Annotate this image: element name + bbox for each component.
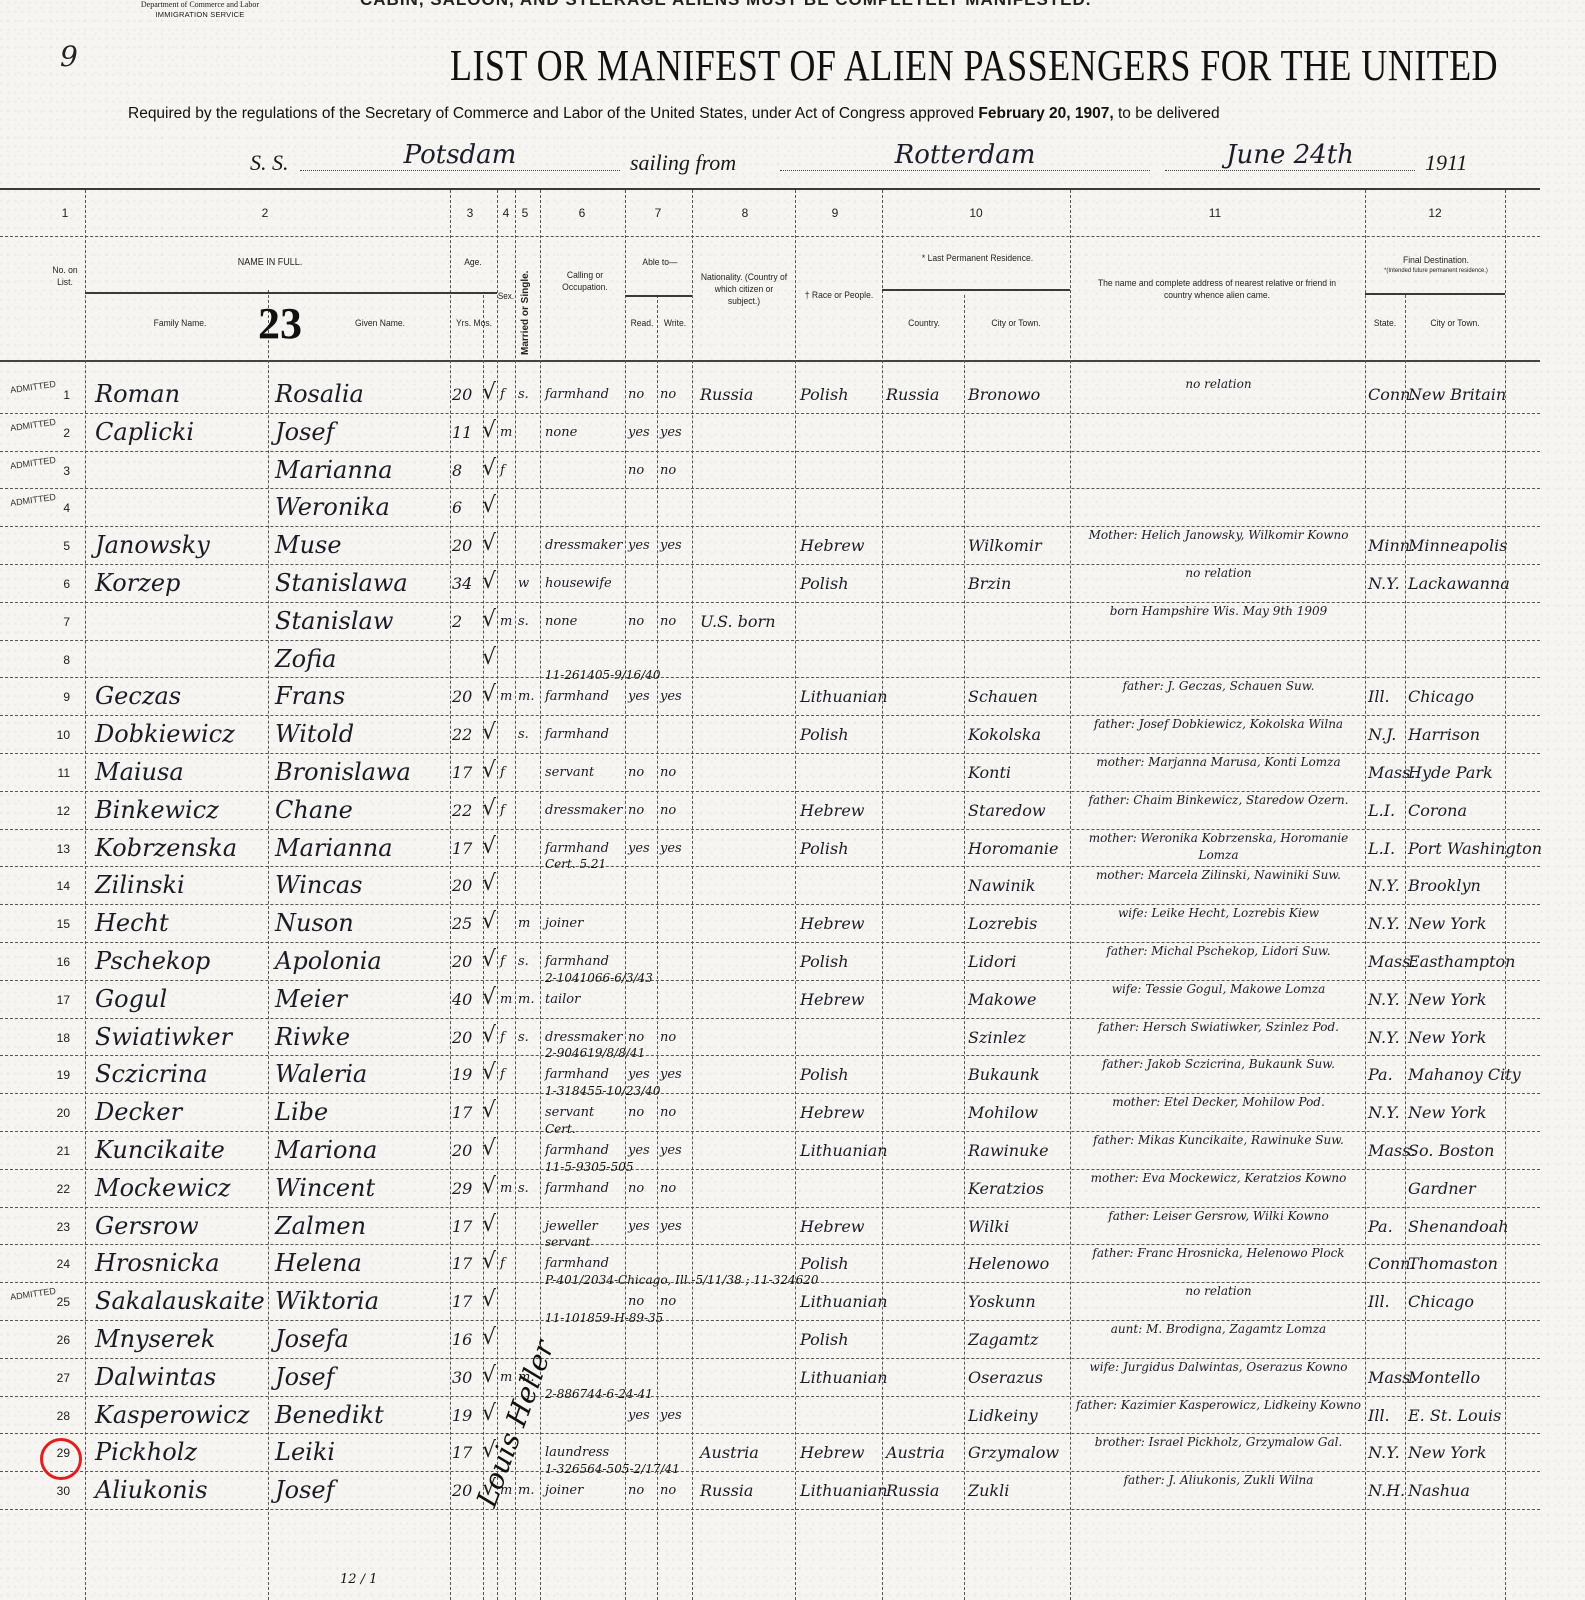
check-mark-icon: √	[482, 834, 496, 859]
can-read: yes	[628, 689, 650, 704]
header-given-name: Given Name.	[335, 318, 425, 330]
list-number: 13	[48, 842, 70, 856]
destination-city: Chicago	[1408, 1292, 1474, 1311]
nearest-relative: no relation	[1076, 376, 1361, 393]
clerk-annotation: P-401/2034-Chicago, Ill.-5/11/38 ; 11-32…	[545, 1273, 819, 1287]
header-yrs-mos: Yrs. Mos.	[453, 318, 494, 330]
nearest-relative: mother: Weronika Kobrzenska, Horomanie L…	[1076, 830, 1361, 864]
destination-city: Harrison	[1408, 725, 1480, 744]
clerk-annotation: 2-886744-6-24-41	[545, 1387, 653, 1401]
clerk-annotation: Cert. 5.21	[545, 857, 606, 871]
race: Hebrew	[800, 1443, 864, 1462]
column-number: 1	[55, 206, 75, 220]
check-mark-icon: √	[482, 758, 496, 783]
check-mark-icon: √	[482, 380, 496, 405]
sailing-year: 1911	[1425, 150, 1467, 176]
check-mark-icon: √	[482, 682, 496, 707]
header-final-destination: Final Destination.	[1375, 255, 1497, 267]
can-write: yes	[660, 689, 682, 704]
list-number: 9	[48, 690, 70, 704]
can-read: no	[628, 1483, 644, 1498]
name-subrule	[85, 292, 497, 294]
age: 20	[452, 385, 472, 404]
regulation-line: Required by the regulations of the Secre…	[128, 105, 1220, 123]
family-name: Korzep	[95, 569, 180, 597]
age: 19	[452, 1406, 472, 1425]
clerk-annotation: 1-326564-505-2/17/41	[545, 1462, 680, 1476]
given-name: Marianna	[275, 456, 393, 484]
given-name: Josef	[275, 1363, 334, 1391]
sex: f	[500, 1256, 505, 1271]
family-name: Aliukonis	[95, 1476, 208, 1504]
colnum-rule	[0, 236, 1540, 238]
sex: m	[500, 1181, 512, 1196]
can-write: no	[660, 765, 676, 780]
check-mark-icon: √	[482, 645, 496, 670]
destination-city: Shenandoah	[1408, 1217, 1509, 1236]
given-name: Mariona	[275, 1136, 377, 1164]
family-name: Maiusa	[95, 758, 184, 786]
race: Lithuanian	[800, 1292, 888, 1311]
table-row: 28KasperowiczBenedikt19yesyesLidkeinyIll…	[0, 1397, 1540, 1434]
check-mark-icon: √	[482, 1325, 496, 1350]
list-number: 26	[48, 1333, 70, 1347]
header-bottom-rule	[0, 360, 1540, 363]
residence-city: Kokolska	[968, 725, 1041, 744]
given-name: Weronika	[275, 493, 390, 521]
race: Polish	[800, 574, 849, 593]
sex: f	[500, 765, 505, 780]
can-write: no	[660, 803, 676, 818]
residence-city: Horomanie	[968, 839, 1058, 858]
can-write: yes	[660, 841, 682, 856]
column-number: 3	[460, 206, 480, 220]
ss-label: S. S.	[250, 150, 289, 176]
given-name: Benedikt	[275, 1401, 384, 1429]
can-read: no	[628, 803, 644, 818]
table-row: 27DalwintasJosef30mm.LithuanianOserazusM…	[0, 1359, 1540, 1396]
check-mark-icon: √	[482, 493, 496, 518]
residence-city: Lidori	[968, 952, 1016, 971]
destination-city: Thomaston	[1408, 1254, 1498, 1273]
list-number: 21	[48, 1144, 70, 1158]
can-read: no	[628, 614, 644, 629]
age: 20	[452, 1141, 472, 1160]
list-number: 4	[48, 501, 70, 515]
given-name: Riwke	[275, 1023, 350, 1051]
sailing-label: sailing from	[630, 150, 736, 176]
nearest-relative: father: Franc Hrosnicka, Helenowo Plock	[1076, 1245, 1361, 1262]
destination-city: New York	[1408, 1103, 1486, 1122]
nearest-relative: father: Josef Dobkiewicz, Kokolska Wilna	[1076, 716, 1361, 733]
occupation: farmhand	[545, 841, 609, 856]
destination-city: Nashua	[1408, 1481, 1470, 1500]
marital-status: s.	[518, 954, 529, 969]
list-number: 27	[48, 1371, 70, 1385]
top-rule	[0, 188, 1540, 190]
header-family-name: Family Name.	[135, 318, 225, 330]
check-mark-icon: √	[482, 720, 496, 745]
check-mark-icon: √	[482, 418, 496, 443]
given-name: Wincent	[275, 1174, 375, 1202]
can-read: yes	[628, 425, 650, 440]
can-write: no	[660, 614, 676, 629]
check-mark-icon: √	[482, 1023, 496, 1048]
residence-subrule	[882, 289, 1070, 291]
destination-city: Lackawanna	[1408, 574, 1510, 593]
age: 22	[452, 801, 472, 820]
table-row: 13KobrzenskaMarianna17farmhandyesyesPoli…	[0, 830, 1540, 867]
page-title: LIST OR MANIFEST OF ALIEN PASSENGERS FOR…	[450, 40, 1498, 91]
destination-city: Easthampton	[1408, 952, 1515, 971]
check-mark-icon: √	[482, 1098, 496, 1123]
age: 20	[452, 1481, 472, 1500]
marital-status: s.	[518, 727, 529, 742]
destination-state: N.Y.	[1368, 1103, 1400, 1122]
occupation: joiner	[545, 916, 583, 931]
destination-city: Mahanoy City	[1408, 1065, 1521, 1084]
nearest-relative: father: Leiser Gersrow, Wilki Kowno	[1076, 1208, 1361, 1225]
list-number: 23	[48, 1220, 70, 1234]
occupation: farmhand	[545, 1143, 609, 1158]
nearest-relative: mother: Marcela Zilinski, Nawiniki Suw.	[1076, 867, 1361, 884]
residence-country: Austria	[886, 1443, 945, 1462]
nationality: Russia	[700, 385, 753, 404]
destination-state: N.J.	[1368, 725, 1396, 744]
can-write: no	[660, 463, 676, 478]
can-read: no	[628, 1105, 644, 1120]
residence-city: Rawinuke	[968, 1141, 1049, 1160]
list-number: 6	[48, 577, 70, 591]
race: Hebrew	[800, 914, 864, 933]
given-name: Rosalia	[275, 380, 364, 408]
given-name: Stanislaw	[275, 607, 393, 635]
check-mark-icon: √	[482, 1136, 496, 1161]
table-row: 23GersrowZalmen17jewelleryesyesHebrewWil…	[0, 1208, 1540, 1245]
age: 20	[452, 876, 472, 895]
header-calling: Calling or Occupation.	[554, 270, 617, 294]
residence-city: Mohilow	[968, 1103, 1038, 1122]
given-name: Josefa	[275, 1325, 349, 1353]
age: 25	[452, 914, 472, 933]
can-write: no	[660, 1181, 676, 1196]
family-name: Gersrow	[95, 1212, 199, 1240]
table-row: 22MockewiczWincent29ms.farmhandnonoKerat…	[0, 1170, 1540, 1207]
family-name: Decker	[95, 1098, 182, 1126]
check-mark-icon: √	[482, 1174, 496, 1199]
can-write: yes	[660, 1219, 682, 1234]
occupation: joiner	[545, 1483, 583, 1498]
family-name: Roman	[95, 380, 180, 408]
can-write: yes	[660, 538, 682, 553]
can-read: yes	[628, 1143, 650, 1158]
column-number: 4	[497, 206, 515, 220]
family-name: Mnyserek	[95, 1325, 215, 1353]
race: Polish	[800, 839, 849, 858]
can-read: yes	[628, 1408, 650, 1423]
destination-city: New York	[1408, 914, 1486, 933]
occupation: laundress	[545, 1445, 609, 1460]
race: Polish	[800, 385, 849, 404]
destination-city: Gardner	[1408, 1179, 1476, 1198]
destination-city: E. St. Louis	[1408, 1406, 1501, 1425]
marital-status: s.	[518, 1181, 529, 1196]
residence-city: Oserazus	[968, 1368, 1043, 1387]
header-age: Age.	[457, 257, 489, 269]
given-name: Josef	[275, 418, 334, 446]
header-write: Write.	[660, 318, 691, 330]
check-mark-icon: √	[482, 456, 496, 481]
destination-city: New Britain	[1408, 385, 1506, 404]
list-number: 20	[48, 1106, 70, 1120]
family-name: Pickholz	[95, 1438, 197, 1466]
table-row: 11MaiusaBronislawa17fservantnonoKontiMas…	[0, 754, 1540, 791]
race: Hebrew	[800, 990, 864, 1009]
given-name: Apolonia	[275, 947, 382, 975]
regulation-text: Required by the regulations of the Secre…	[128, 105, 978, 122]
header-relative: The name and complete address of nearest…	[1096, 278, 1339, 302]
residence-city: Szinlez	[968, 1028, 1026, 1047]
family-name: Binkewicz	[95, 796, 219, 824]
occupation: farmhand	[545, 1181, 609, 1196]
family-name: Dobkiewicz	[95, 720, 235, 748]
age: 6	[452, 498, 462, 517]
check-mark-icon: √	[482, 1249, 496, 1274]
occupation: dressmaker	[545, 1030, 622, 1045]
nearest-relative: father: Chaim Binkewicz, Staredow Ozern.	[1076, 792, 1361, 809]
table-row: 6KorzepStanislawa34whousewifePolishBrzin…	[0, 565, 1540, 602]
list-number: 18	[48, 1031, 70, 1045]
can-write: no	[660, 1294, 676, 1309]
age: 19	[452, 1065, 472, 1084]
destination-state: N.Y.	[1368, 574, 1400, 593]
manifest-sheet: Department of Commerce and Labor IMMIGRA…	[0, 0, 1585, 1600]
column-number: 7	[648, 206, 668, 220]
age: 20	[452, 952, 472, 971]
list-number: 28	[48, 1409, 70, 1423]
occupation: jeweller	[545, 1219, 598, 1234]
age: 22	[452, 725, 472, 744]
residence-country: Russia	[886, 1481, 939, 1500]
given-name: Frans	[275, 682, 345, 710]
marital-status: w	[518, 576, 529, 591]
destination-state: N.Y.	[1368, 876, 1400, 895]
table-row: 21KuncikaiteMariona20farmhandyesyesLithu…	[0, 1132, 1540, 1169]
table-row: 1ADMITTEDRomanRosalia20fs.farmhandnonoRu…	[0, 376, 1540, 413]
given-name: Bronislawa	[275, 758, 411, 786]
list-number: 8	[48, 653, 70, 667]
regulation-date: February 20, 1907,	[978, 105, 1113, 122]
check-mark-icon: √	[482, 1060, 496, 1085]
sex: f	[500, 1030, 505, 1045]
nearest-relative: father: J. Aliukonis, Zukli Wilna	[1076, 1472, 1361, 1489]
can-read: yes	[628, 1219, 650, 1234]
list-number: 30	[48, 1484, 70, 1498]
nearest-relative: father: Mikas Kuncikaite, Rawinuke Suw.	[1076, 1132, 1361, 1149]
list-number: 24	[48, 1257, 70, 1271]
age: 20	[452, 536, 472, 555]
table-row: 8Zofia√	[0, 641, 1540, 678]
list-number: 1	[48, 388, 70, 402]
age: 11	[452, 423, 472, 442]
table-row: 25ADMITTEDSakalauskaiteWiktoria17nonoLit…	[0, 1283, 1540, 1320]
can-write: yes	[660, 1408, 682, 1423]
cut-off-heading: CABIN, SALOON, AND STEERAGE ALIENS MUST …	[360, 0, 1092, 10]
family-name: Kasperowicz	[95, 1401, 249, 1429]
nearest-relative: wife: Tessie Gogul, Makowe Lomza	[1076, 981, 1361, 998]
age: 40	[452, 990, 472, 1009]
age: 17	[452, 1443, 472, 1462]
destination-state: N.Y.	[1368, 990, 1400, 1009]
destination-state: Ill.	[1368, 1292, 1390, 1311]
race: Polish	[800, 725, 849, 744]
page-mark: 9	[60, 40, 78, 73]
nearest-relative: brother: Israel Pickholz, Grzymalow Gal.	[1076, 1434, 1361, 1451]
column-number: 12	[1425, 206, 1445, 220]
header-last-residence: * Last Permanent Residence.	[899, 253, 1057, 265]
header-race: † Race or People.	[801, 290, 877, 302]
column-number: 6	[572, 206, 592, 220]
age: 17	[452, 1217, 472, 1236]
family-name: Sczicrina	[95, 1060, 208, 1088]
table-row: 20DeckerLibe17servantnonoHebrewMohilowN.…	[0, 1094, 1540, 1131]
department-name: Department of Commerce and Labor	[115, 0, 285, 10]
occupation: dressmaker	[545, 538, 622, 553]
family-name: Mockewicz	[95, 1174, 231, 1202]
given-name: Waleria	[275, 1060, 367, 1088]
destination-subrule	[1365, 293, 1505, 295]
column-number: 2	[255, 206, 275, 220]
given-name: Leiki	[275, 1438, 335, 1466]
clerk-annotation: servant	[545, 1235, 590, 1249]
residence-city: Lozrebis	[968, 914, 1037, 933]
residence-city: Konti	[968, 763, 1011, 782]
can-read: no	[628, 387, 644, 402]
family-name: Zilinski	[95, 871, 185, 899]
clerk-annotation: 2-904619/8/8/41	[545, 1046, 645, 1060]
destination-city: Minneapolis	[1408, 536, 1507, 555]
residence-city: Brzin	[968, 574, 1011, 593]
header-able-to: Able to—	[633, 257, 687, 269]
given-name: Stanislawa	[275, 569, 408, 597]
sex: f	[500, 954, 505, 969]
occupation: servant	[545, 765, 594, 780]
can-read: no	[628, 463, 644, 478]
given-name: Zalmen	[275, 1212, 366, 1240]
header-married-single: Married or Single.	[520, 268, 534, 358]
clerk-annotation: 11-101859-H-89-35	[545, 1311, 663, 1325]
given-name: Wincas	[275, 871, 362, 899]
clerk-annotation: 11-5-9305-505	[545, 1160, 634, 1174]
clerk-annotation: 1-318455-10/23/40	[545, 1084, 660, 1098]
header-destination-note: *(Intended future permanent residence.)	[1375, 267, 1497, 275]
destination-city: New York	[1408, 1028, 1486, 1047]
table-row: 10DobkiewiczWitold22s.farmhandPolishKoko…	[0, 716, 1540, 753]
nearest-relative: Mother: Helich Janowsky, Wilkomir Kowno	[1076, 527, 1361, 544]
age: 34	[452, 574, 472, 593]
sex: f	[500, 803, 505, 818]
age: 17	[452, 1292, 472, 1311]
given-name: Zofia	[275, 645, 336, 673]
destination-city: Brooklyn	[1408, 876, 1481, 895]
given-name: Meier	[275, 985, 347, 1013]
nearest-relative: mother: Eva Mockewicz, Keratzios Kowno	[1076, 1170, 1361, 1187]
nationality: Russia	[700, 1481, 753, 1500]
sailing-date: June 24th	[1165, 140, 1415, 171]
list-number: 14	[48, 879, 70, 893]
residence-city: Schauen	[968, 687, 1038, 706]
age: 20	[452, 687, 472, 706]
list-number: 3	[48, 464, 70, 478]
nearest-relative: born Hampshire Wis. May 9th 1909	[1076, 603, 1361, 620]
able-subrule	[625, 295, 692, 297]
occupation: farmhand	[545, 727, 609, 742]
table-row: 19SczicrinaWaleria19ffarmhandyesyesPolis…	[0, 1056, 1540, 1093]
race: Lithuanian	[800, 1481, 888, 1500]
race: Lithuanian	[800, 1368, 888, 1387]
check-mark-icon: √	[482, 1287, 496, 1312]
marital-status: s.	[518, 387, 529, 402]
check-mark-icon: √	[482, 796, 496, 821]
race: Polish	[800, 1065, 849, 1084]
given-name: Nuson	[275, 909, 354, 937]
list-number: 16	[48, 955, 70, 969]
list-number: 7	[48, 615, 70, 629]
ship-line: S. S. Potsdam sailing from Rotterdam Jun…	[250, 140, 1490, 180]
residence-city: Bronowo	[968, 385, 1040, 404]
occupation: none	[545, 614, 577, 629]
list-number: 11	[48, 766, 70, 780]
list-number: 10	[48, 728, 70, 742]
can-write: yes	[660, 1067, 682, 1082]
can-read: no	[628, 1181, 644, 1196]
can-write: no	[660, 1483, 676, 1498]
marital-status: s.	[518, 1030, 529, 1045]
column-number: 11	[1205, 206, 1225, 220]
sex: m	[500, 689, 512, 704]
marital-status: m.	[518, 689, 534, 704]
list-number: 25	[48, 1295, 70, 1309]
table-row: 30AliukonisJosef20mm.joinernonoRussiaLit…	[0, 1472, 1540, 1509]
destination-state: Pa.	[1368, 1065, 1393, 1084]
sex: m	[500, 1370, 512, 1385]
occupation: servant	[545, 1105, 594, 1120]
residence-city: Zukli	[968, 1481, 1009, 1500]
row-rule	[0, 1509, 1540, 1511]
occupation: farmhand	[545, 954, 609, 969]
destination-state: N.H.	[1368, 1481, 1405, 1500]
occupation: farmhand	[545, 387, 609, 402]
can-write: no	[660, 1030, 676, 1045]
residence-city: Helenowo	[968, 1254, 1049, 1273]
destination-state: Ill.	[1368, 1406, 1390, 1425]
age: 17	[452, 1103, 472, 1122]
occupation: tailor	[545, 992, 580, 1007]
sex: f	[500, 1067, 505, 1082]
sheet-number: 23	[258, 298, 302, 349]
list-number: 17	[48, 993, 70, 1007]
age: 2	[452, 612, 462, 631]
check-mark-icon: √	[482, 871, 496, 896]
can-read: no	[628, 1294, 644, 1309]
family-name: Pschekop	[95, 947, 210, 975]
race: Lithuanian	[800, 1141, 888, 1160]
destination-city: Montello	[1408, 1368, 1480, 1387]
table-row: 17GogulMeier40mm.tailorHebrewMakoweN.Y.N…	[0, 981, 1540, 1018]
race: Polish	[800, 1254, 849, 1273]
residence-city: Bukaunk	[968, 1065, 1040, 1084]
residence-city: Wilkomir	[968, 536, 1042, 555]
